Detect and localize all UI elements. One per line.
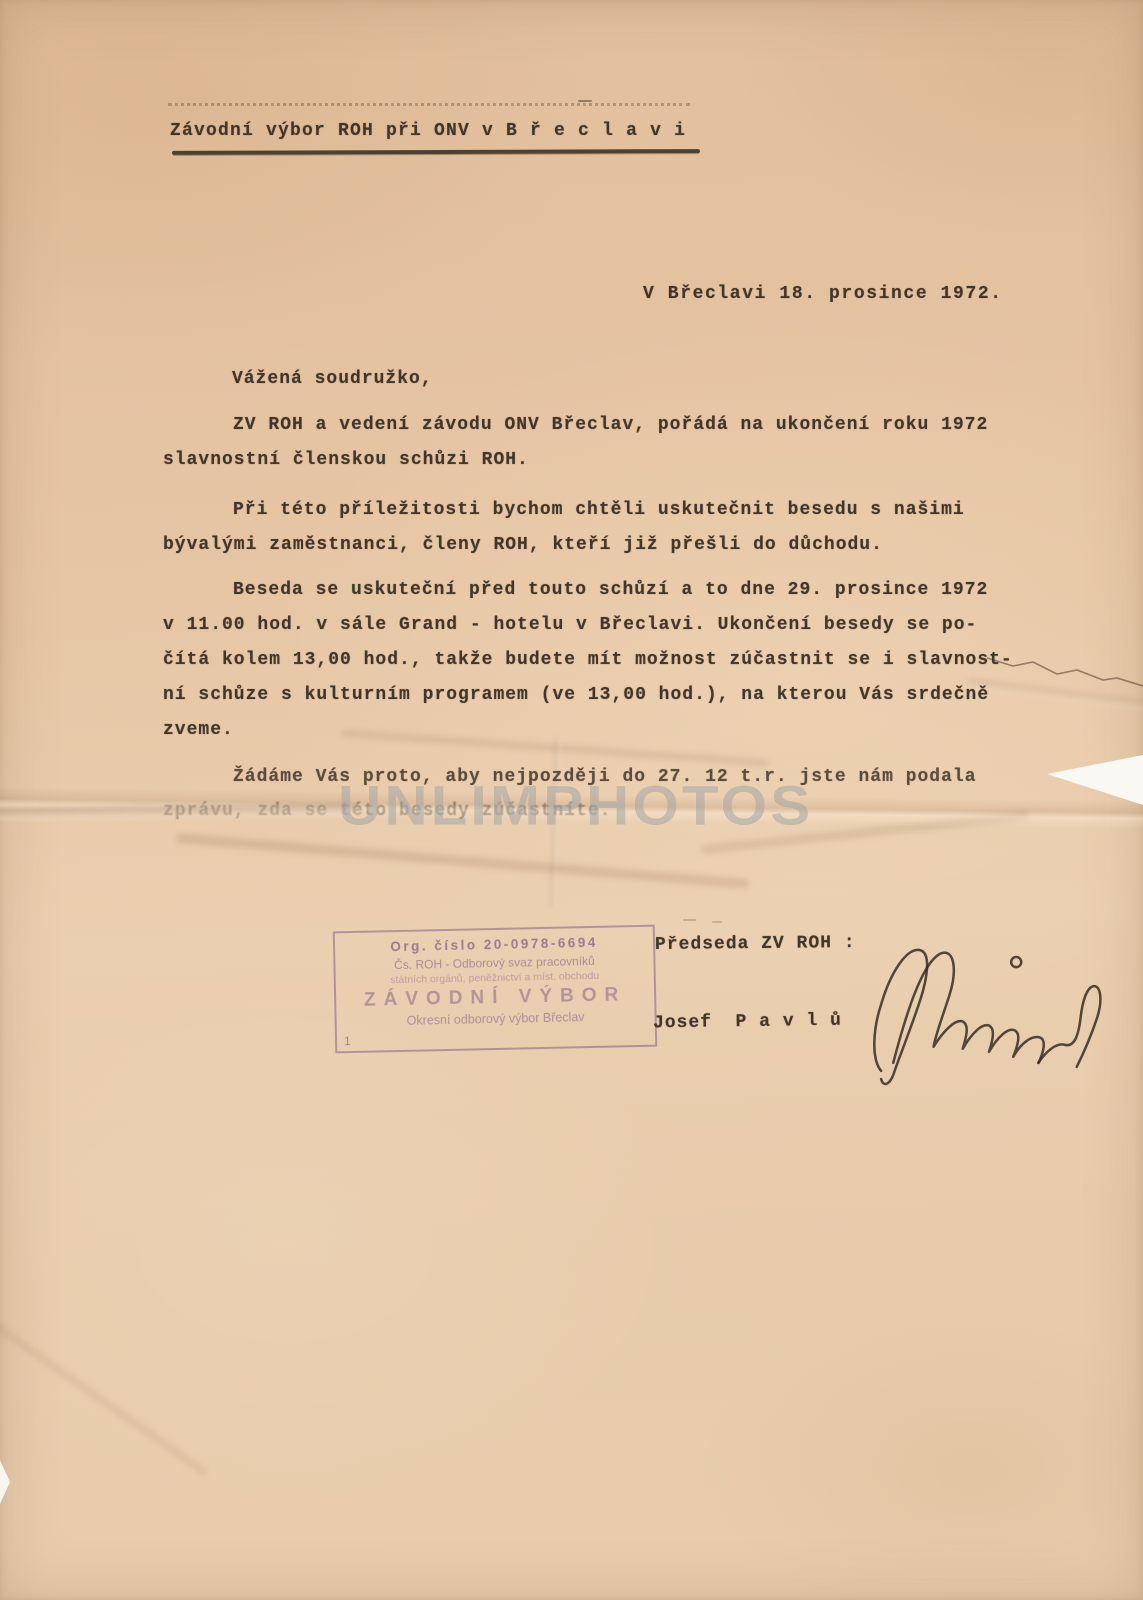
body-line: čítá kolem 13,00 hod., takže budete mít …	[163, 649, 1013, 671]
body-line: ZV ROH a vedení závodu ONV Břeclav, pořá…	[233, 414, 988, 436]
letterhead-underline	[172, 149, 700, 155]
salutation: Vážená soudružko,	[232, 368, 433, 390]
stamp-corner-number: 1	[344, 1034, 351, 1048]
crease-bottom-left	[0, 1321, 209, 1477]
letterhead-title: Závodní výbor ROH při ONV v B ř e c l a …	[170, 120, 686, 142]
stamp-org-number: Org. číslo 20-0978-6694	[335, 934, 653, 956]
signature-name: Josef P a v l ů	[653, 1010, 842, 1035]
dotted-rule	[168, 103, 690, 106]
rubber-stamp: Org. číslo 20-0978-6694 Čs. ROH - Odboro…	[333, 925, 657, 1054]
paper-tear-line	[985, 648, 1143, 696]
handwritten-signature	[863, 940, 1115, 1090]
torn-paper-wedge	[1047, 755, 1143, 805]
stamp-district: Okresní odborový výbor Břeclav	[337, 1009, 655, 1030]
signature-role: Předseda ZV ROH :	[655, 932, 856, 956]
ink-speck	[712, 921, 722, 923]
body-line: Při této příležitosti bychom chtěli usku…	[233, 499, 965, 521]
body-line: Beseda se uskuteční před touto schůzí a …	[233, 579, 988, 601]
ink-speck	[683, 919, 696, 921]
ink-speck	[578, 100, 592, 102]
body-line: slavnostní členskou schůzi ROH.	[163, 449, 529, 471]
body-line: bývalými zaměstnanci, členy ROH, kteří j…	[163, 534, 883, 556]
crease-diagonal-lower	[176, 833, 750, 889]
dateline: V Břeclavi 18. prosince 1972.	[643, 283, 1003, 305]
torn-edge-notch	[0, 1460, 10, 1504]
crease-diagonal-upper	[340, 729, 770, 767]
body-line: v 11.00 hod. v sále Grand - hotelu v Bře…	[163, 614, 977, 636]
letter-photo: Závodní výbor ROH při ONV v B ř e c l a …	[0, 0, 1143, 1600]
body-line: zveme.	[163, 719, 234, 741]
stamp-committee: ZÁVODNÍ VÝBOR	[336, 984, 654, 1013]
body-line: ní schůze s kulturním programem (ve 13,0…	[163, 684, 989, 706]
stock-watermark: UNLIMPHOTOS	[338, 778, 813, 833]
